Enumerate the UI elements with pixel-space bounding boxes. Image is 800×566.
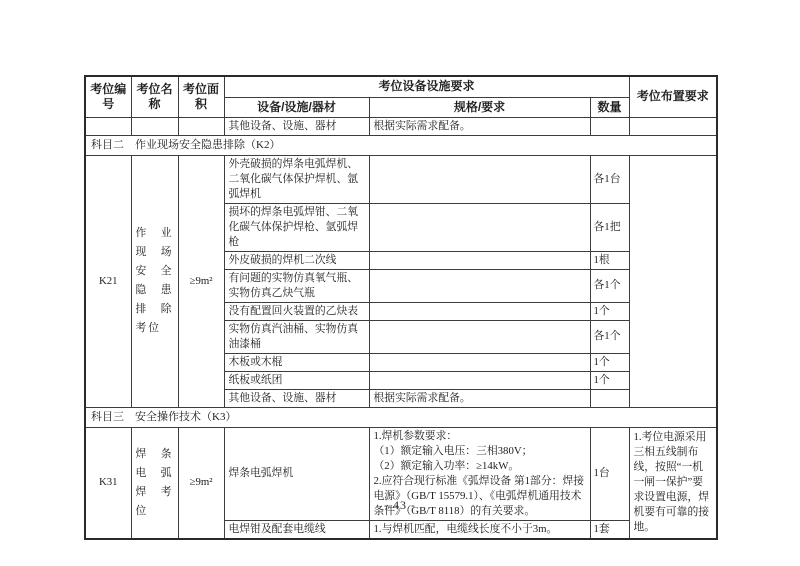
device-cell: 实物仿真汽油桶、实物仿真油漆桶 <box>224 320 369 353</box>
section-title: 科目二 作业现场安全隐患排除（K2） <box>85 135 717 155</box>
header-spec: 规格/要求 <box>369 97 590 117</box>
device-cell: 外壳破损的焊条电弧焊机、二氧化碳气体保护焊机、氩弧焊机 <box>224 155 369 203</box>
device-cell: 外皮破损的焊机二次线 <box>224 251 369 269</box>
exam-no-cell <box>85 117 131 135</box>
header-device: 设备/设施/器材 <box>224 97 369 117</box>
qty-cell: 各1个 <box>590 269 629 302</box>
spec-cell: 根据实际需求配备。 <box>369 117 590 135</box>
header-equipment-requirements: 考位设备设施要求 <box>224 76 629 97</box>
exam-name-cell <box>131 117 178 135</box>
spec-cell <box>369 155 590 203</box>
device-cell: 其他设备、设施、器材 <box>224 117 369 135</box>
qty-cell: 各1把 <box>590 203 629 251</box>
header-exam-name: 考位名称 <box>131 76 178 117</box>
qty-cell <box>590 389 629 407</box>
qty-cell <box>590 117 629 135</box>
device-cell: 纸板或纸团 <box>224 371 369 389</box>
exam-area-cell: ≥9m² <box>178 155 224 407</box>
exam-station-requirements-table: 考位编号 考位名称 考位面积 考位设备设施要求 考位布置要求 设备/设施/器材 … <box>84 75 718 540</box>
qty-cell: 1套 <box>590 520 629 539</box>
qty-cell: 1个 <box>590 371 629 389</box>
qty-cell: 1根 <box>590 251 629 269</box>
device-cell: 木板或木棍 <box>224 353 369 371</box>
table-row: 其他设备、设施、器材 根据实际需求配备。 <box>85 117 717 135</box>
exam-area-cell <box>178 117 224 135</box>
section-title: 科目三 安全操作技术（K3） <box>85 407 717 427</box>
spec-cell <box>369 269 590 302</box>
spec-cell <box>369 203 590 251</box>
exam-area-cell: ≥9m² <box>178 427 224 539</box>
spec-cell <box>369 302 590 320</box>
device-cell: 有问题的实物仿真氧气瓶、实物仿真乙炔气瓶 <box>224 269 369 302</box>
exam-name-cell: 作业现场安全隐患排除考位 <box>131 155 178 407</box>
layout-cell <box>629 117 717 135</box>
qty-cell: 1个 <box>590 302 629 320</box>
spec-cell <box>369 251 590 269</box>
section-row-k2: 科目二 作业现场安全隐患排除（K2） <box>85 135 717 155</box>
spec-cell <box>369 371 590 389</box>
spec-cell: 1.与焊机匹配，电缆线长度不小于3m。 <box>369 520 590 539</box>
exam-no-cell: K21 <box>85 155 131 407</box>
header-qty: 数量 <box>590 97 629 117</box>
qty-cell: 各1个 <box>590 320 629 353</box>
exam-name-cell: 焊条电弧焊考位 <box>131 427 178 539</box>
header-layout-requirements: 考位布置要求 <box>629 76 717 117</box>
table-row: K21 作业现场安全隐患排除考位 ≥9m² 外壳破损的焊条电弧焊机、二氧化碳气体… <box>85 155 717 203</box>
layout-cell <box>629 155 717 407</box>
section-row-k3: 科目三 安全操作技术（K3） <box>85 407 717 427</box>
device-cell: 电焊钳及配套电缆线 <box>224 520 369 539</box>
device-cell: 损坏的焊条电弧焊钳、二氧化碳气体保护焊枪、氩弧焊枪 <box>224 203 369 251</box>
spec-cell: 根据实际需求配备。 <box>369 389 590 407</box>
layout-cell: 1.考位电源采用三相五线制布线，按照“一机一闸一保护”要求设置电源，焊机要有可靠… <box>629 427 717 539</box>
header-exam-no: 考位编号 <box>85 76 131 117</box>
header-exam-area: 考位面积 <box>178 76 224 117</box>
document-page: 考位编号 考位名称 考位面积 考位设备设施要求 考位布置要求 设备/设施/器材 … <box>0 0 800 566</box>
device-cell: 没有配置回火装置的乙炔表 <box>224 302 369 320</box>
exam-no-cell: K31 <box>85 427 131 539</box>
qty-cell: 1个 <box>590 353 629 371</box>
page-number: - 43 - <box>0 498 800 513</box>
qty-cell: 各1台 <box>590 155 629 203</box>
device-cell: 其他设备、设施、器材 <box>224 389 369 407</box>
spec-cell <box>369 320 590 353</box>
spec-cell <box>369 353 590 371</box>
